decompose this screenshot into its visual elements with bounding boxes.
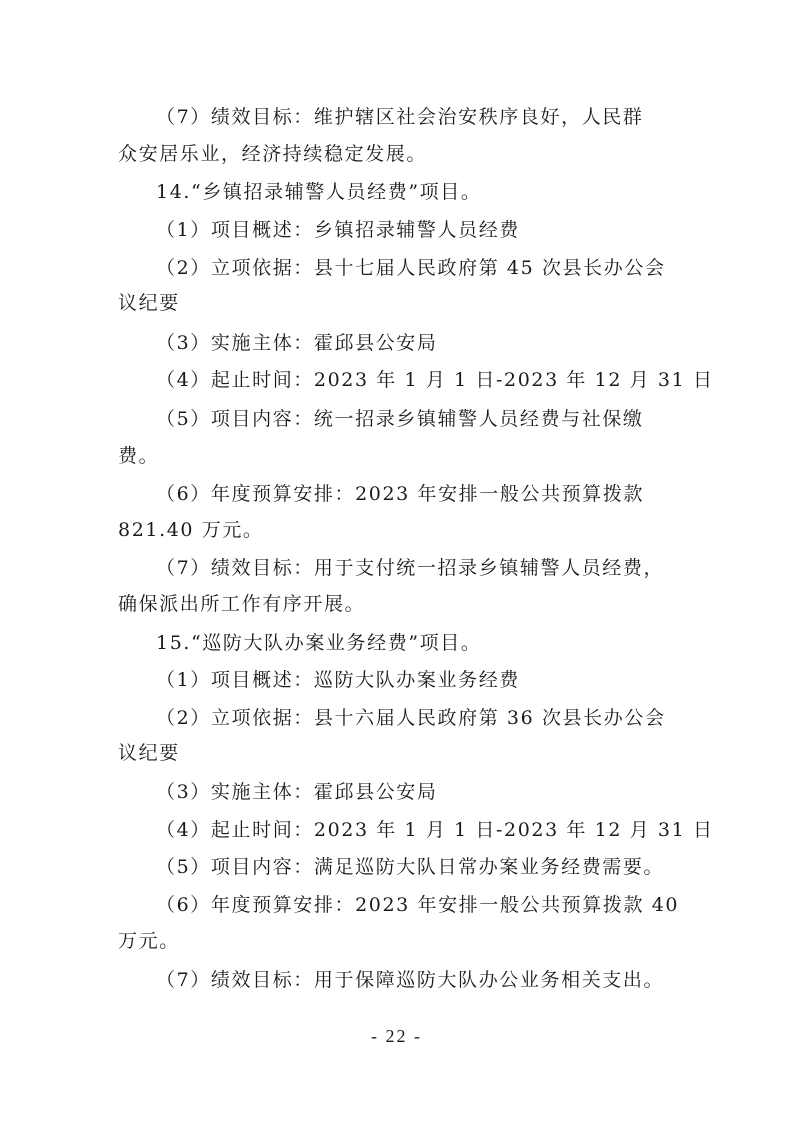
text-line: （4）起止时间：2023 年 1 月 1 日-2023 年 12 月 31 日: [156, 818, 716, 842]
text-line: （6）年度预算安排：2023 年安排一般公共预算拨款: [156, 482, 716, 506]
text-line: （3）实施主体：霍邱县公安局: [156, 780, 716, 804]
text-line: （7）绩效目标：维护辖区社会治安秩序良好，人民群: [156, 105, 716, 129]
text-line: （2）立项依据：县十六届人民政府第 36 次县长办公会: [156, 706, 716, 730]
text-line: （1）项目概述：乡镇招录辅警人员经费: [156, 218, 716, 242]
text-line: 14.“乡镇招录辅警人员经费”项目。: [156, 180, 716, 204]
page-number: - 22 -: [0, 1026, 793, 1047]
text-line: （1）项目概述：巡防大队办案业务经费: [156, 668, 716, 692]
text-line: （3）实施主体：霍邱县公安局: [156, 331, 716, 355]
text-line: （4）起止时间：2023 年 1 月 1 日-2023 年 12 月 31 日: [156, 368, 716, 392]
text-line: 万元。: [118, 929, 678, 953]
text-line: （7）绩效目标：用于保障巡防大队办公业务相关支出。: [156, 968, 716, 992]
text-line: 821.40 万元。: [118, 518, 678, 542]
text-line: （5）项目内容：满足巡防大队日常办案业务经费需要。: [156, 855, 716, 879]
text-line: 议纪要: [118, 741, 678, 765]
text-line: （2）立项依据：县十七届人民政府第 45 次县长办公会: [156, 256, 716, 280]
text-line: （7）绩效目标：用于支付统一招录乡镇辅警人员经费，: [156, 556, 716, 580]
text-line: 确保派出所工作有序开展。: [118, 592, 678, 616]
text-line: 众安居乐业，经济持续稳定发展。: [118, 142, 678, 166]
text-line: 议纪要: [118, 291, 678, 315]
text-line: 费。: [118, 444, 678, 468]
text-line: （5）项目内容：统一招录乡镇辅警人员经费与社保缴: [156, 407, 716, 431]
text-line: （6）年度预算安排：2023 年安排一般公共预算拨款 40: [156, 893, 716, 917]
document-page: （7）绩效目标：维护辖区社会治安秩序良好，人民群众安居乐业，经济持续稳定发展。1…: [0, 0, 793, 1122]
text-line: 15.“巡防大队办案业务经费”项目。: [156, 631, 716, 655]
